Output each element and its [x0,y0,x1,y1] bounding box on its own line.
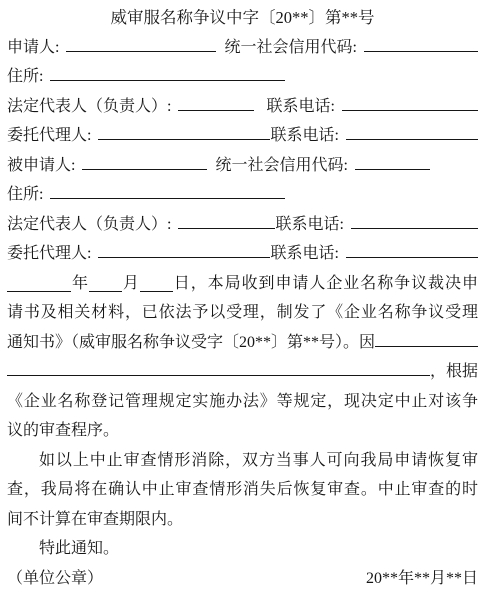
date-month-blank[interactable] [89,279,122,292]
document-page: 威审服名称争议中字〔20**〕第**号 申请人: 统一社会信用代码: 住所: 法… [0,0,486,599]
applicant-phone-blank[interactable] [342,98,478,111]
applicant-legal-rep-blank[interactable] [178,98,254,111]
respondent-name-blank[interactable] [82,157,207,170]
respondent-phone-label: 联系电话: [275,210,343,240]
respondent-address-row: 住所: [7,180,478,210]
document-title: 威审服名称争议中字〔20**〕第**号 [7,3,478,33]
applicant-legal-rep-label: 法定代表人（负责人）: [7,92,171,122]
respondent-uscc-label: 统一社会信用代码: [215,151,347,181]
respondent-legal-rep-label: 法定代表人（负责人）: [7,210,171,240]
applicant-address-label: 住所: [7,62,43,92]
applicant-uscc-blank[interactable] [364,39,478,52]
respondent-address-label: 住所: [7,180,43,210]
reason-blank-2[interactable] [7,363,430,376]
respondent-phone-blank[interactable] [351,216,478,229]
respondent-label: 被申请人: [7,151,75,181]
applicant-row: 申请人: 统一社会信用代码: [7,33,478,63]
applicant-agent-row: 委托代理人: 联系电话: [7,121,478,151]
respondent-legal-rep-row: 法定代表人（负责人）: 联系电话: [7,210,478,240]
reason-blank-1[interactable] [375,334,478,347]
body-line-9: 间不计算在审查期限内。 [7,505,478,535]
issue-date: 20**年**月**日 [366,564,478,594]
body-line-2: 请书及相关材料，已依法予以受理，制发了《企业名称争议受理 [7,298,478,328]
body-line-1-text: 日，本局收到申请人企业名称争议裁决申 [173,275,478,292]
applicant-agent-label: 委托代理人: [7,121,91,151]
applicant-agent-blank[interactable] [98,127,270,140]
respondent-address-blank[interactable] [50,186,285,199]
body-line-7: 如以上中止审查情形消除，双方当事人可向我局申请恢复审 [7,446,478,476]
respondent-agent-phone-label: 联系电话: [270,239,338,269]
body-line-4-text: ，根据 [430,357,478,387]
body-line-3-text: 通知书》（威审服名称争议受字〔20**〕第**号）。因 [7,328,375,358]
body-line-1: 年月日，本局收到申请人企业名称争议裁决申 [7,269,478,299]
body-line-1-month: 月 [122,275,140,292]
body-line-4: ，根据 [7,357,478,387]
seal-placeholder: （单位公章） [7,564,103,594]
applicant-label: 申请人: [7,33,59,63]
applicant-legal-rep-row: 法定代表人（负责人）: 联系电话: [7,92,478,122]
body-line-8: 查，我局将在确认中止审查情形消失后恢复审查。中止审查的时 [7,475,478,505]
date-year-blank[interactable] [7,279,71,292]
applicant-agent-phone-label: 联系电话: [270,121,338,151]
respondent-legal-rep-blank[interactable] [178,216,275,229]
body-line-6: 议的审查程序。 [7,416,478,446]
closing-notice: 特此通知。 [7,534,478,564]
applicant-agent-phone-blank[interactable] [346,127,478,140]
applicant-phone-label: 联系电话: [266,92,334,122]
applicant-address-blank[interactable] [50,68,285,81]
respondent-row: 被申请人: 统一社会信用代码: [7,151,478,181]
applicant-name-blank[interactable] [66,39,216,52]
respondent-agent-row: 委托代理人: 联系电话: [7,239,478,269]
body-line-5: 《企业名称登记管理规定实施办法》等规定，现决定中止对该争 [7,387,478,417]
respondent-agent-label: 委托代理人: [7,239,91,269]
applicant-address-row: 住所: [7,62,478,92]
footer-row: （单位公章） 20**年**月**日 [7,564,478,594]
body-line-1-year: 年 [71,275,89,292]
body-line-3: 通知书》（威审服名称争议受字〔20**〕第**号）。因 [7,328,478,358]
date-day-blank[interactable] [140,279,173,292]
respondent-agent-phone-blank[interactable] [346,245,478,258]
respondent-agent-blank[interactable] [98,245,270,258]
respondent-uscc-blank[interactable] [355,157,430,170]
applicant-uscc-label: 统一社会信用代码: [224,33,356,63]
